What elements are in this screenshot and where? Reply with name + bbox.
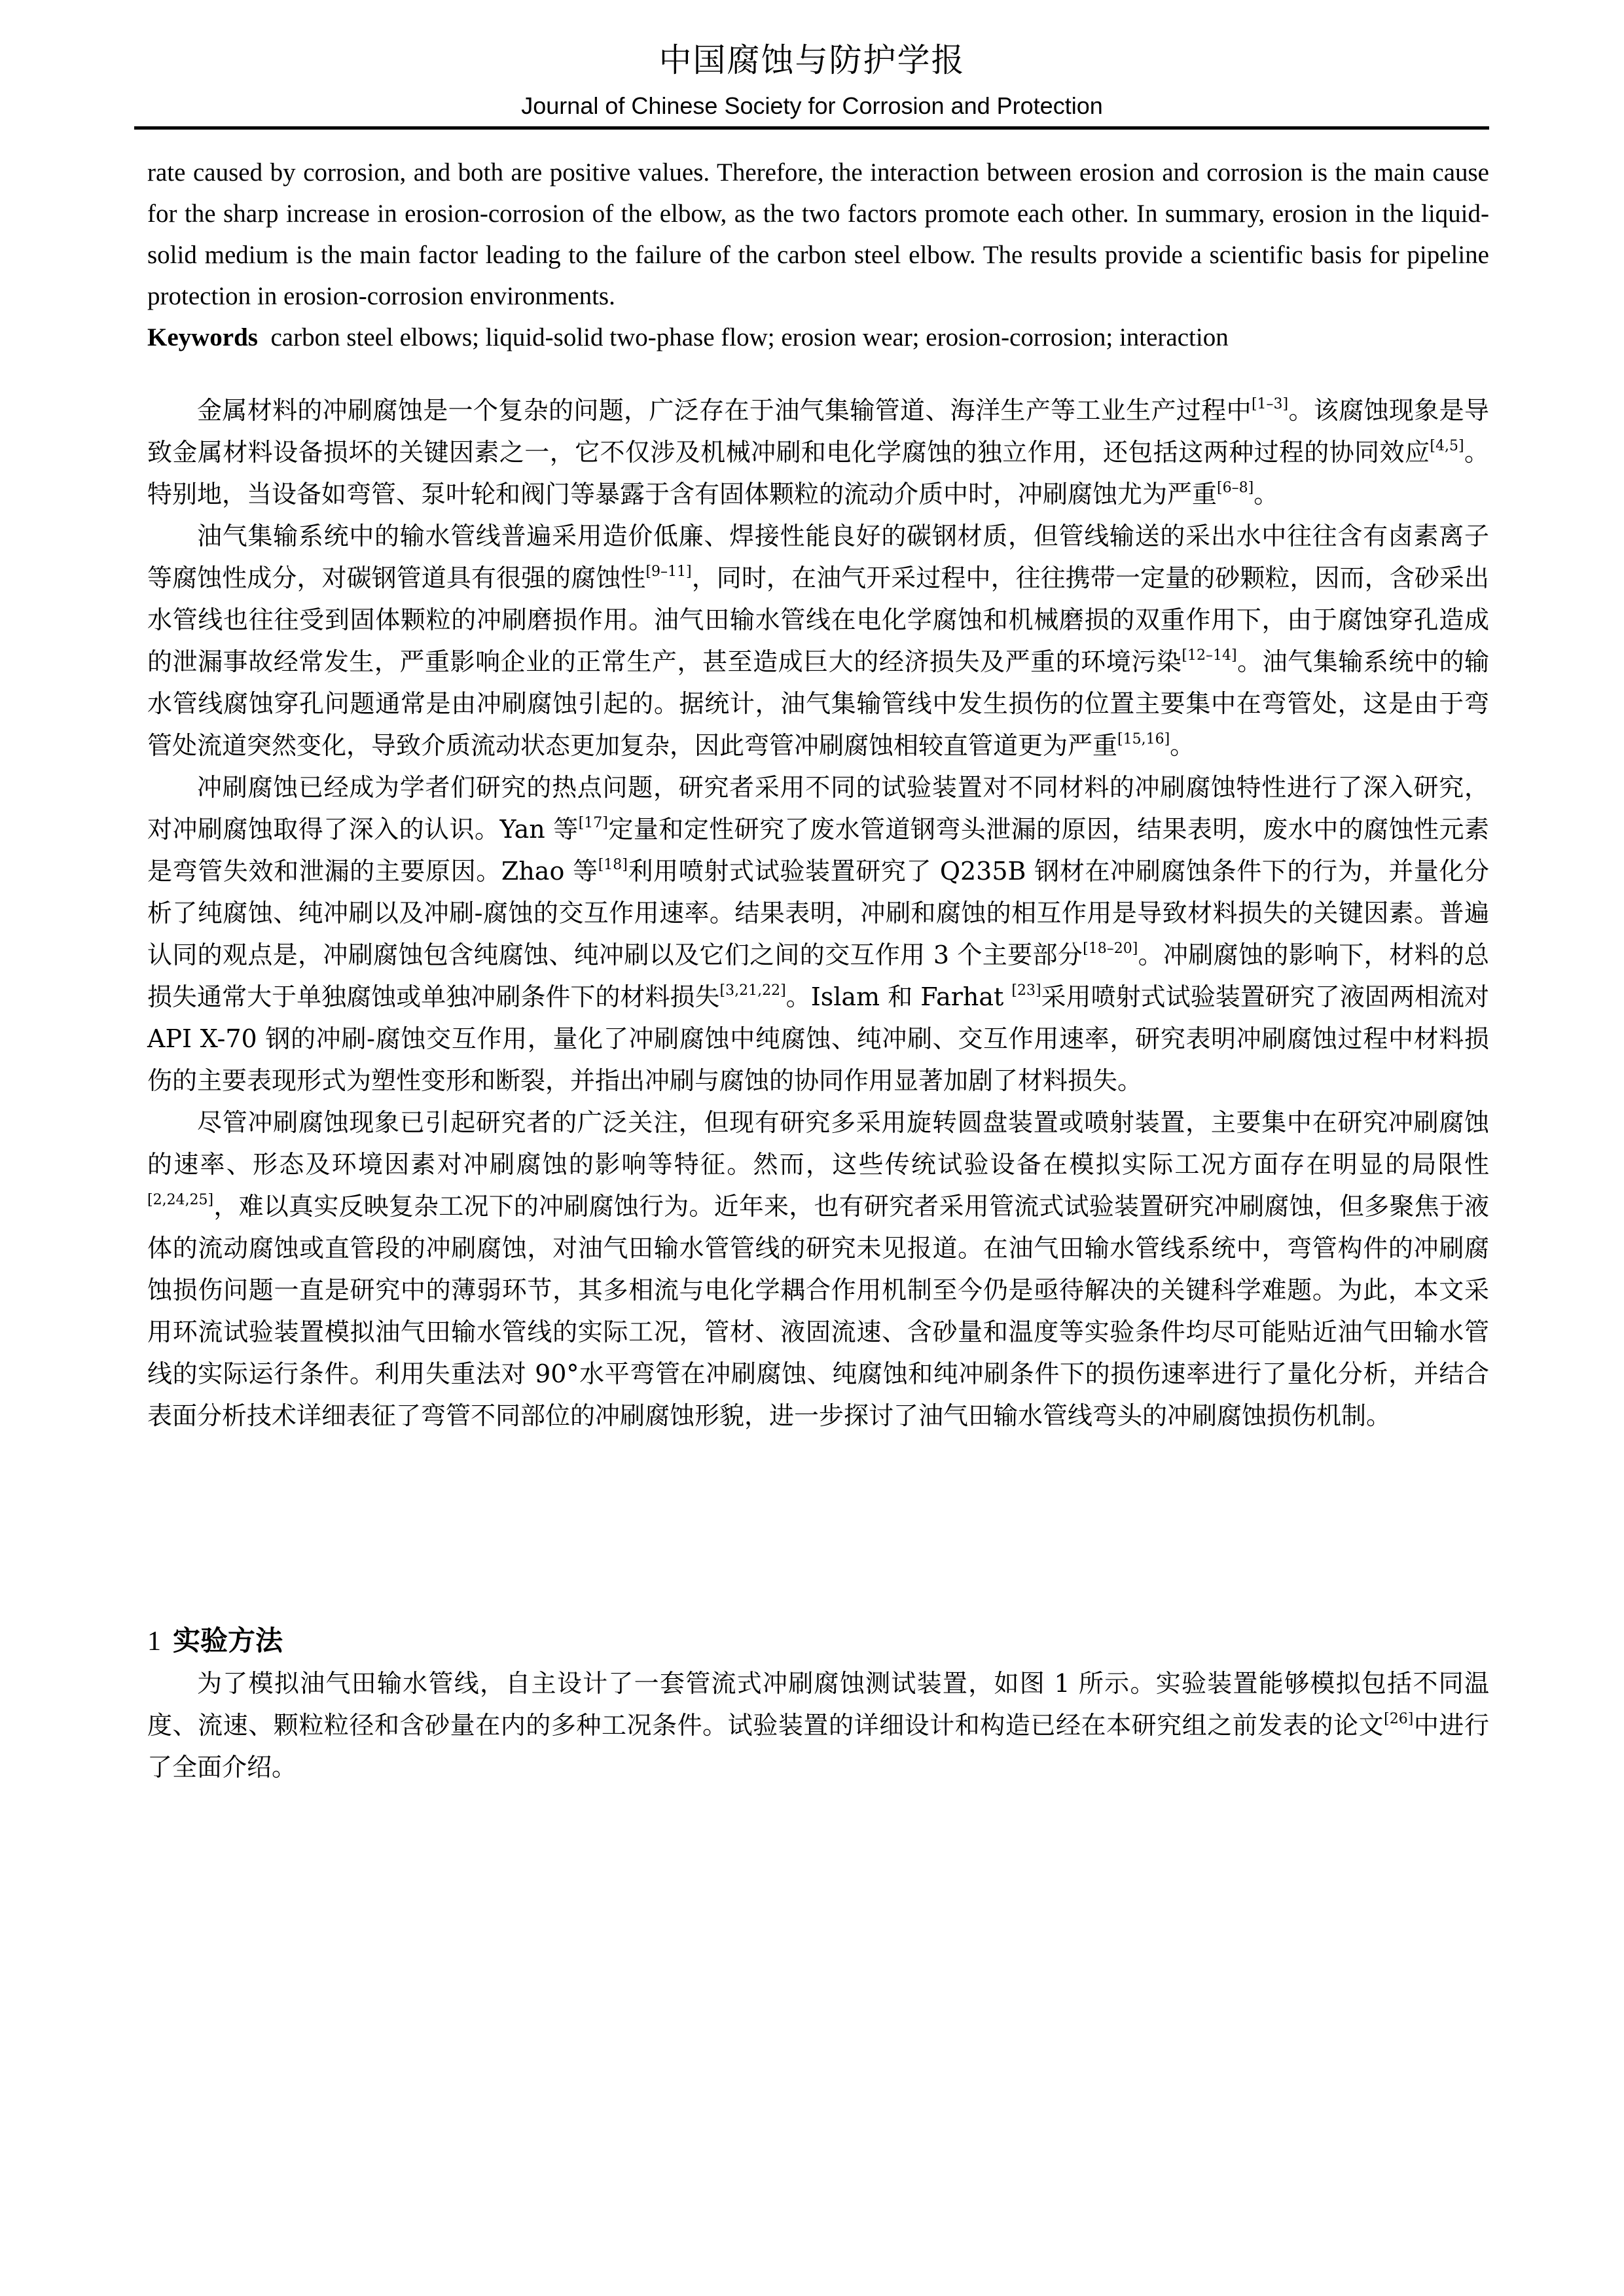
citation: [1–3]: [1252, 396, 1288, 412]
text: ，难以真实反映复杂工况下的冲刷腐蚀行为。近年来，也有研究者采用管流式试验装置研究…: [147, 1192, 1489, 1430]
text: 为了模拟油气田输水管线，自主设计了一套管流式冲刷腐蚀测试装置，如图 1 所示。实…: [147, 1669, 1489, 1740]
citation: [4,5]: [1430, 438, 1464, 454]
intro-paragraph-2: 油气集输系统中的输水管线普遍采用造价低廉、焊接性能良好的碳钢材质，但管线输送的采…: [147, 515, 1489, 766]
text: 。: [1170, 731, 1195, 760]
citation: [12–14]: [1182, 647, 1236, 664]
methods-paragraph-1: 为了模拟油气田输水管线，自主设计了一套管流式冲刷腐蚀测试装置，如图 1 所示。实…: [147, 1662, 1489, 1788]
citation: [15,16]: [1117, 731, 1170, 747]
citation: [6–8]: [1217, 480, 1254, 496]
citation: [17]: [579, 815, 608, 831]
citation: [3,21,22]: [720, 982, 786, 999]
intro-paragraph-1: 金属材料的冲刷腐蚀是一个复杂的问题，广泛存在于油气集输管道、海洋生产等工业生产过…: [147, 389, 1489, 515]
paper-page: 中国腐蚀与防护学报 Journal of Chinese Society for…: [0, 0, 1624, 2296]
citation: [2,24,25]: [147, 1192, 213, 1208]
citation: [18–20]: [1083, 941, 1138, 957]
text: 。: [1254, 480, 1278, 509]
citation: [18]: [598, 857, 628, 873]
text: 。Islam 和 Farhat: [786, 982, 1012, 1011]
abstract-text: rate caused by corrosion, and both are p…: [147, 152, 1489, 317]
citation: [23]: [1011, 982, 1041, 999]
journal-title-cn: 中国腐蚀与防护学报: [0, 41, 1624, 80]
text: 尽管冲刷腐蚀现象已引起研究者的广泛关注，但现有研究多采用旋转圆盘装置或喷射装置，…: [147, 1108, 1489, 1179]
header-divider: [134, 126, 1489, 130]
introduction: 金属材料的冲刷腐蚀是一个复杂的问题，广泛存在于油气集输管道、海洋生产等工业生产过…: [147, 389, 1489, 1437]
keywords-label: Keywords: [147, 323, 258, 351]
intro-paragraph-3: 冲刷腐蚀已经成为学者们研究的热点问题，研究者采用不同的试验装置对不同材料的冲刷腐…: [147, 766, 1489, 1102]
intro-paragraph-4: 尽管冲刷腐蚀现象已引起研究者的广泛关注，但现有研究多采用旋转圆盘装置或喷射装置，…: [147, 1102, 1489, 1437]
journal-title-en: Journal of Chinese Society for Corrosion…: [0, 92, 1624, 120]
methods-section: 为了模拟油气田输水管线，自主设计了一套管流式冲刷腐蚀测试装置，如图 1 所示。实…: [147, 1662, 1489, 1788]
keywords-line: Keywords carbon steel elbows; liquid-sol…: [147, 317, 1489, 358]
keywords-list: carbon steel elbows; liquid-solid two-ph…: [271, 323, 1229, 351]
text: 金属材料的冲刷腐蚀是一个复杂的问题，广泛存在于油气集输管道、海洋生产等工业生产过…: [197, 396, 1252, 425]
citation: [9–11]: [645, 564, 691, 580]
section-heading-methods: 1实验方法: [147, 1621, 283, 1661]
abstract-continuation: rate caused by corrosion, and both are p…: [147, 152, 1489, 358]
citation: [26]: [1384, 1711, 1413, 1727]
section-title: 实验方法: [173, 1624, 283, 1657]
section-number: 1: [147, 1626, 161, 1657]
